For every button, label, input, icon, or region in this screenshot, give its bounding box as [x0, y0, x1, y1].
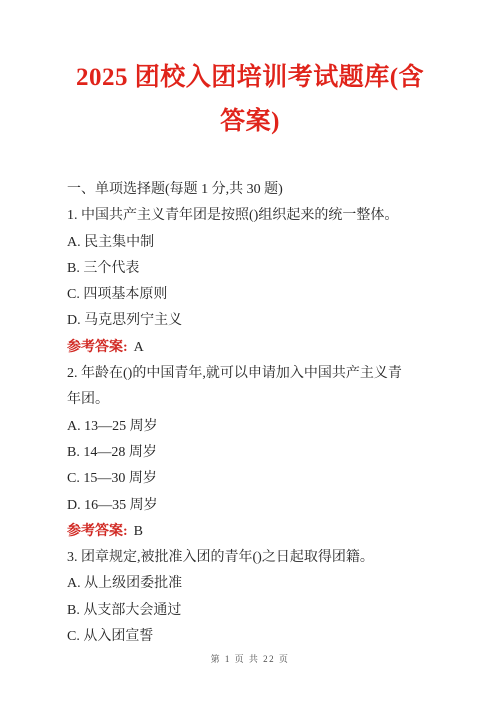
- question-2-option-c: C. 15—30 周岁: [67, 466, 440, 492]
- footer-page-indicator: 第 1 页 共 22 页: [0, 652, 500, 665]
- question-2-text-line2: 年团。: [67, 387, 440, 413]
- question-1-option-b: B. 三个代表: [67, 256, 440, 282]
- document-title-line1: 2025 团校入团培训考试题库(含: [48, 56, 452, 100]
- question-1-answer-value: A: [134, 340, 144, 355]
- question-1-answer-line: 参考答案:A: [67, 335, 440, 361]
- question-2-answer-value: B: [134, 524, 143, 539]
- question-2-option-a: A. 13—25 周岁: [67, 414, 440, 440]
- question-3-option-a: A. 从上级团委批准: [67, 571, 440, 597]
- question-2-text-line1: 2. 年龄在()的中国青年,就可以申请加入中国共产主义青: [67, 361, 440, 387]
- question-1-answer-label: 参考答案:: [67, 340, 128, 355]
- document-title: 2025 团校入团培训考试题库(含 答案): [48, 56, 452, 144]
- question-2-option-d: D. 16—35 周岁: [67, 493, 440, 519]
- question-2-answer-line: 参考答案:B: [67, 519, 440, 545]
- question-1-option-a: A. 民主集中制: [67, 230, 440, 256]
- question-1-option-c: C. 四项基本原则: [67, 282, 440, 308]
- question-3-option-c: C. 从入团宣誓: [67, 624, 440, 650]
- question-1-option-d: D. 马克思列宁主义: [67, 308, 440, 334]
- document-page: 2025 团校入团培训考试题库(含 答案) 一、单项选择题(每题 1 分,共 3…: [0, 0, 500, 707]
- document-title-line2: 答案): [48, 100, 452, 144]
- question-2-option-b: B. 14—28 周岁: [67, 440, 440, 466]
- question-2-answer-label: 参考答案:: [67, 524, 128, 539]
- question-3-text: 3. 团章规定,被批准入团的青年()之日起取得团籍。: [67, 545, 440, 571]
- section-heading: 一、单项选择题(每题 1 分,共 30 题): [67, 177, 440, 203]
- document-body: 一、单项选择题(每题 1 分,共 30 题) 1. 中国共产主义青年团是按照()…: [67, 177, 440, 650]
- question-1-text: 1. 中国共产主义青年团是按照()组织起来的统一整体。: [67, 203, 440, 229]
- question-3-option-b: B. 从支部大会通过: [67, 598, 440, 624]
